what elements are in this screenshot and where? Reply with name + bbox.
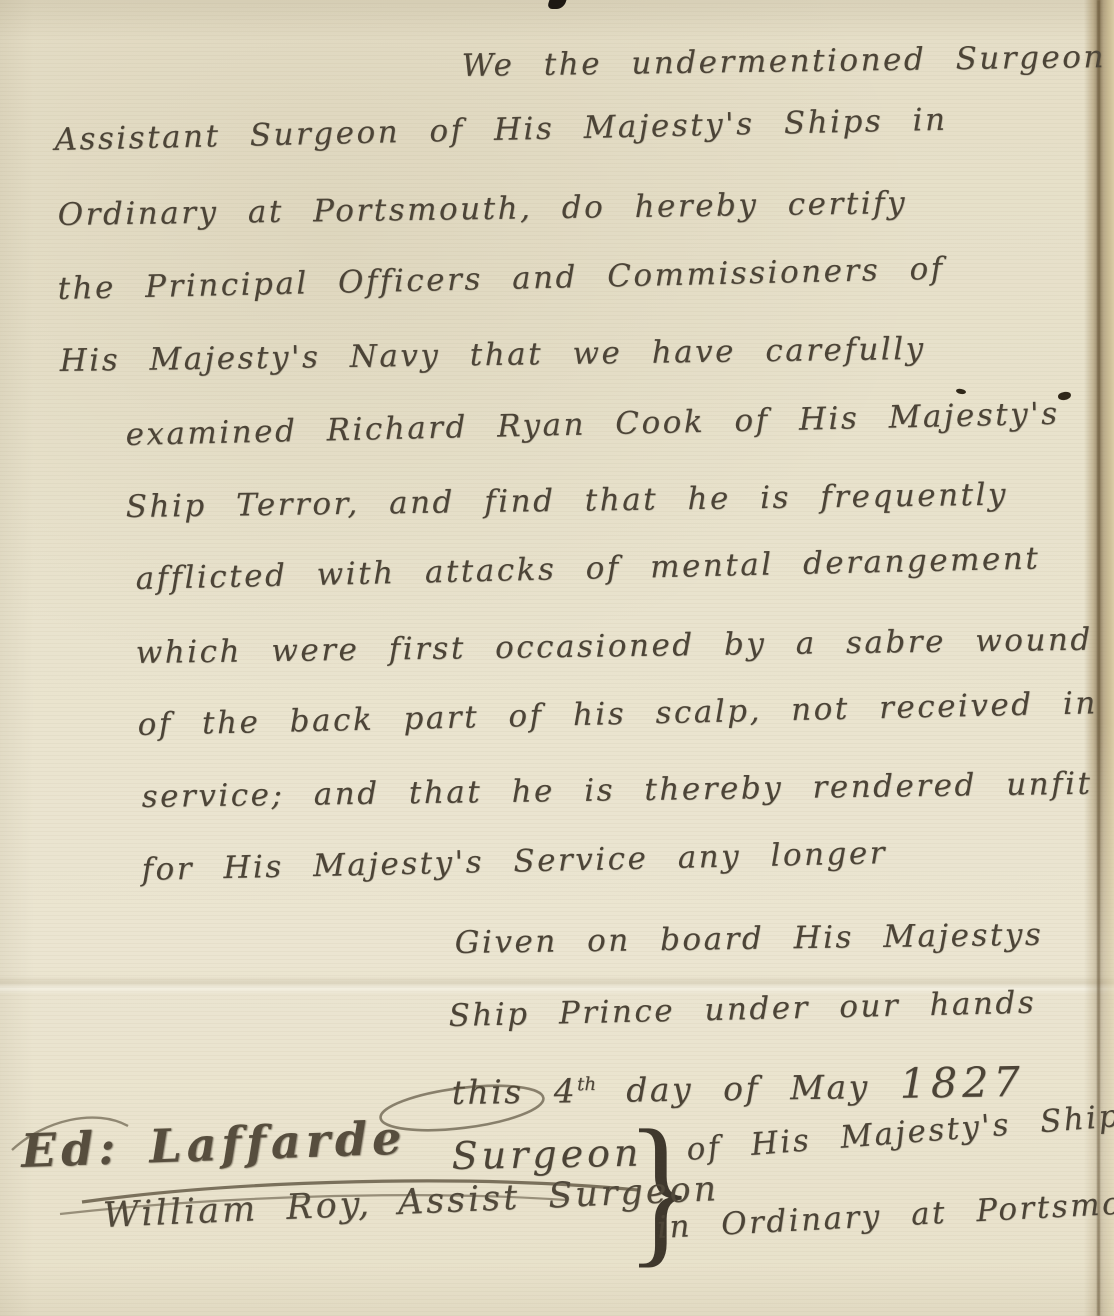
- manuscript-line-4: the Principal Officers and Commissioners…: [57, 251, 945, 307]
- manuscript-page: We the undermentioned Surgeon and Assist…: [0, 0, 1114, 1316]
- ink-speck: [1058, 391, 1072, 401]
- manuscript-line-7: Ship Terror, and find that he is frequen…: [125, 477, 1008, 525]
- manuscript-line-5: His Majesty's Navy that we have carefull…: [59, 331, 925, 379]
- manuscript-line-11: service; and that he is thereby rendered…: [141, 766, 1092, 815]
- date-prefix: this 4: [451, 1071, 577, 1112]
- manuscript-line-1: We the undermentioned Surgeon and: [461, 38, 1114, 84]
- date-year: 1827: [899, 1058, 1025, 1108]
- manuscript-line-2: Assistant Surgeon of His Majesty's Ships…: [54, 102, 948, 158]
- manuscript-line-12: for His Majesty's Service any longer: [141, 835, 887, 888]
- cropped-ink-stroke: [547, 0, 567, 9]
- manuscript-line-13: Given on board His Majestys: [454, 917, 1043, 961]
- signature-right-text-2: in Ordinary at Portsmouth.: [656, 1182, 1114, 1246]
- signature-surgeon-role: Surgeon: [451, 1131, 643, 1178]
- manuscript-line-10: of the back part of his scalp, not recei…: [137, 683, 1114, 743]
- signature-assistant-name: William Roy,: [102, 1184, 372, 1236]
- ink-speck: [956, 388, 967, 395]
- manuscript-line-3: Ordinary at Portsmouth, do hereby certif…: [57, 185, 907, 233]
- manuscript-date-line: this 4th day of May 1827: [451, 1058, 1025, 1114]
- signature-surgeon-name: Ed: Laffarde: [20, 1111, 407, 1178]
- manuscript-line-6: examined Richard Ryan Cook of His Majest…: [125, 396, 1060, 453]
- manuscript-line-8: afflicted with attacks of mental derange…: [135, 540, 1040, 597]
- date-ordinal-superscript: th: [577, 1074, 596, 1095]
- manuscript-line-9: which were first occasioned by a sabre w…: [135, 622, 1092, 671]
